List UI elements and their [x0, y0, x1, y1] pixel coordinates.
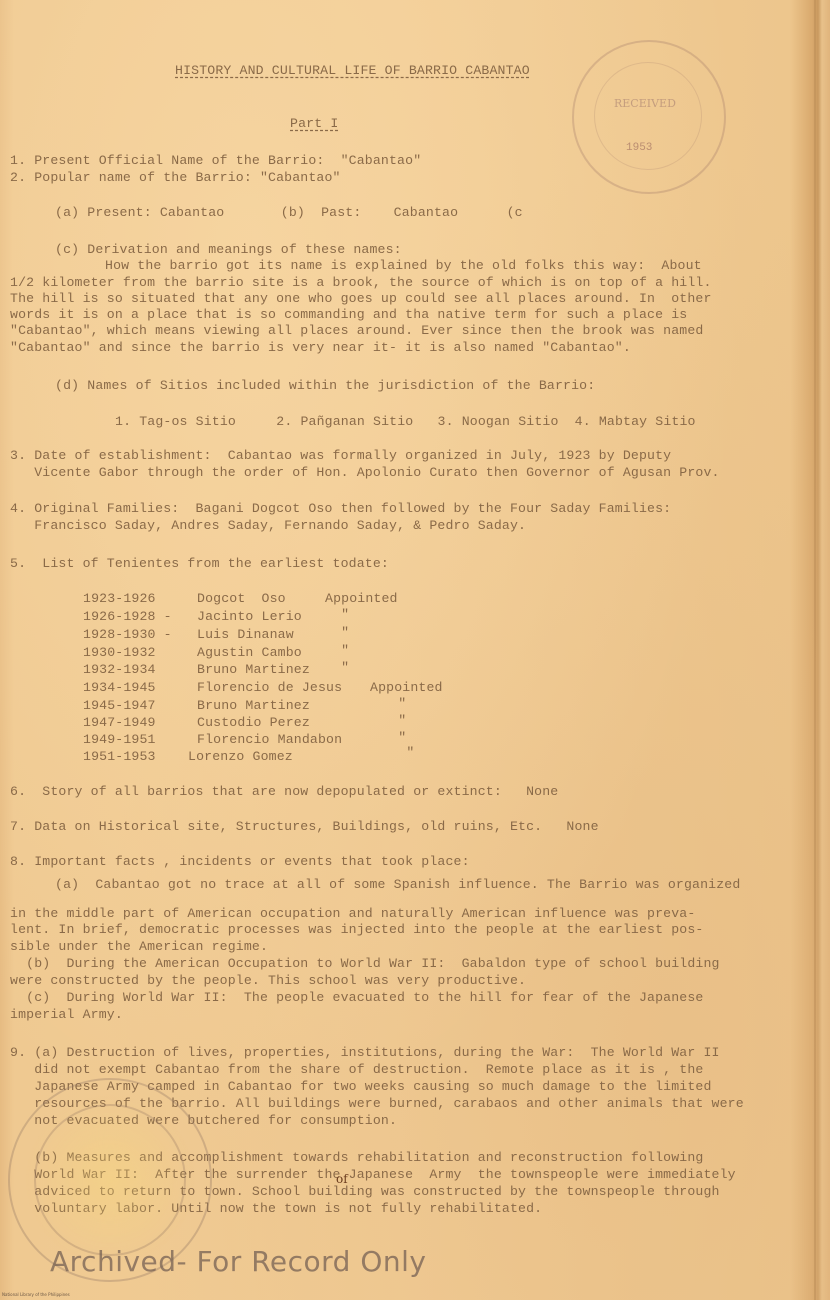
- item-2c-line: "Cabantao", which means viewing all plac…: [10, 322, 704, 339]
- sitios-list: 1. Tag-os Sitio 2. Pañganan Sitio 3. Noo…: [115, 413, 696, 430]
- teniente-years: 1934-1945: [83, 679, 172, 696]
- item-1: 1. Present Official Name of the Barrio: …: [10, 152, 421, 169]
- teniente-status: Appointed: [370, 679, 443, 696]
- teniente-name: Agustin Cambo: [197, 644, 310, 661]
- teniente-years: 1951-1953: [83, 748, 164, 765]
- teniente-years: 1930-1932: [83, 644, 172, 661]
- teniente-name: Florencio de Jesus: [197, 679, 342, 696]
- item-8a: (a) Cabantao got no trace at all of some…: [55, 876, 740, 893]
- teniente-name: Custodio Perez: [197, 714, 342, 731]
- item-4: Francisco Saday, Andres Saday, Fernando …: [10, 517, 526, 534]
- item-8a: sible under the American regime.: [10, 938, 268, 955]
- item-7: 7. Data on Historical site, Structures, …: [10, 818, 599, 835]
- item-6: 6. Story of all barrios that are now dep…: [10, 783, 558, 800]
- teniente-years: 1949-1951: [83, 731, 172, 748]
- page-fold-line: [814, 0, 816, 1300]
- item-9a: 9. (a) Destruction of lives, properties,…: [10, 1044, 720, 1061]
- item-2c-line: How the barrio got its name is explained…: [105, 257, 702, 274]
- item-3: 3. Date of establishment: Cabantao was f…: [10, 447, 671, 464]
- teniente-name: Bruno Martinez: [197, 661, 310, 678]
- item-2d-heading: (d) Names of Sitios included within the …: [55, 377, 595, 394]
- item-5: 5. List of Tenientes from the earliest t…: [10, 555, 389, 572]
- footer-credit: National Library of the Philippines: [2, 1292, 70, 1297]
- teniente-name: Jacinto Lerio: [197, 608, 310, 625]
- teniente-status: ": [325, 659, 349, 676]
- archive-watermark: Archived- For Record Only: [50, 1245, 426, 1278]
- teniente-status: ": [366, 744, 414, 761]
- item-8c: imperial Army.: [10, 1006, 123, 1023]
- item-8: 8. Important facts , incidents or events…: [10, 853, 470, 870]
- teniente-status: ": [366, 712, 406, 729]
- received-stamp: RECEIVED 1953: [572, 40, 726, 194]
- teniente-name: Dogcot Oso: [197, 590, 310, 607]
- item-2: 2. Popular name of the Barrio: "Cabantao…: [10, 169, 341, 186]
- item-2c-line: words it is on a place that is so comman…: [10, 306, 687, 323]
- teniente-name: Luis Dinanaw: [197, 626, 310, 643]
- item-8a: lent. In brief, democratic processes was…: [10, 921, 704, 938]
- item-2-names: (a) Present: Cabantao (b) Past: Cabantao…: [55, 204, 523, 221]
- teniente-years: 1923-1926: [83, 590, 172, 607]
- teniente-status: ": [366, 695, 406, 712]
- item-2c-line: 1/2 kilometer from the barrio site is a …: [10, 274, 712, 291]
- item-8b: (b) During the American Occupation to Wo…: [10, 955, 720, 972]
- item-2c-line: The hill is so situated that any one who…: [10, 290, 712, 307]
- document-title: HISTORY AND CULTURAL LIFE OF BARRIO CABA…: [175, 62, 530, 79]
- teniente-name: Florencio Mandabon: [197, 731, 342, 748]
- item-2c-line: "Cabantao" and since the barrio is very …: [10, 339, 631, 356]
- teniente-status: Appointed: [325, 590, 398, 607]
- teniente-years: 1945-1947: [83, 697, 172, 714]
- item-8a: in the middle part of American occupatio…: [10, 905, 695, 922]
- teniente-years: 1932-1934: [83, 661, 172, 678]
- item-4: 4. Original Families: Bagani Dogcot Oso …: [10, 500, 671, 517]
- item-3: Vicente Gabor through the order of Hon. …: [10, 464, 720, 481]
- teniente-years: 1928-1930 -: [83, 626, 172, 643]
- item-9a: did not exempt Cabantao from the share o…: [10, 1061, 704, 1078]
- handwritten-insert: of: [336, 1172, 348, 1186]
- teniente-status: ": [325, 642, 349, 659]
- item-8c: (c) During World War II: The people evac…: [10, 989, 704, 1006]
- teniente-name: Bruno Martinez: [197, 697, 342, 714]
- item-8b: were constructed by the people. This sch…: [10, 972, 526, 989]
- teniente-years: 1947-1949: [83, 714, 172, 731]
- teniente-years: 1926-1928 -: [83, 608, 172, 625]
- teniente-status: ": [325, 624, 349, 641]
- teniente-status: ": [325, 606, 349, 623]
- item-2c-heading: (c) Derivation and meanings of these nam…: [55, 241, 402, 258]
- part-heading: Part I: [290, 115, 338, 132]
- teniente-name: Lorenzo Gomez: [188, 748, 333, 765]
